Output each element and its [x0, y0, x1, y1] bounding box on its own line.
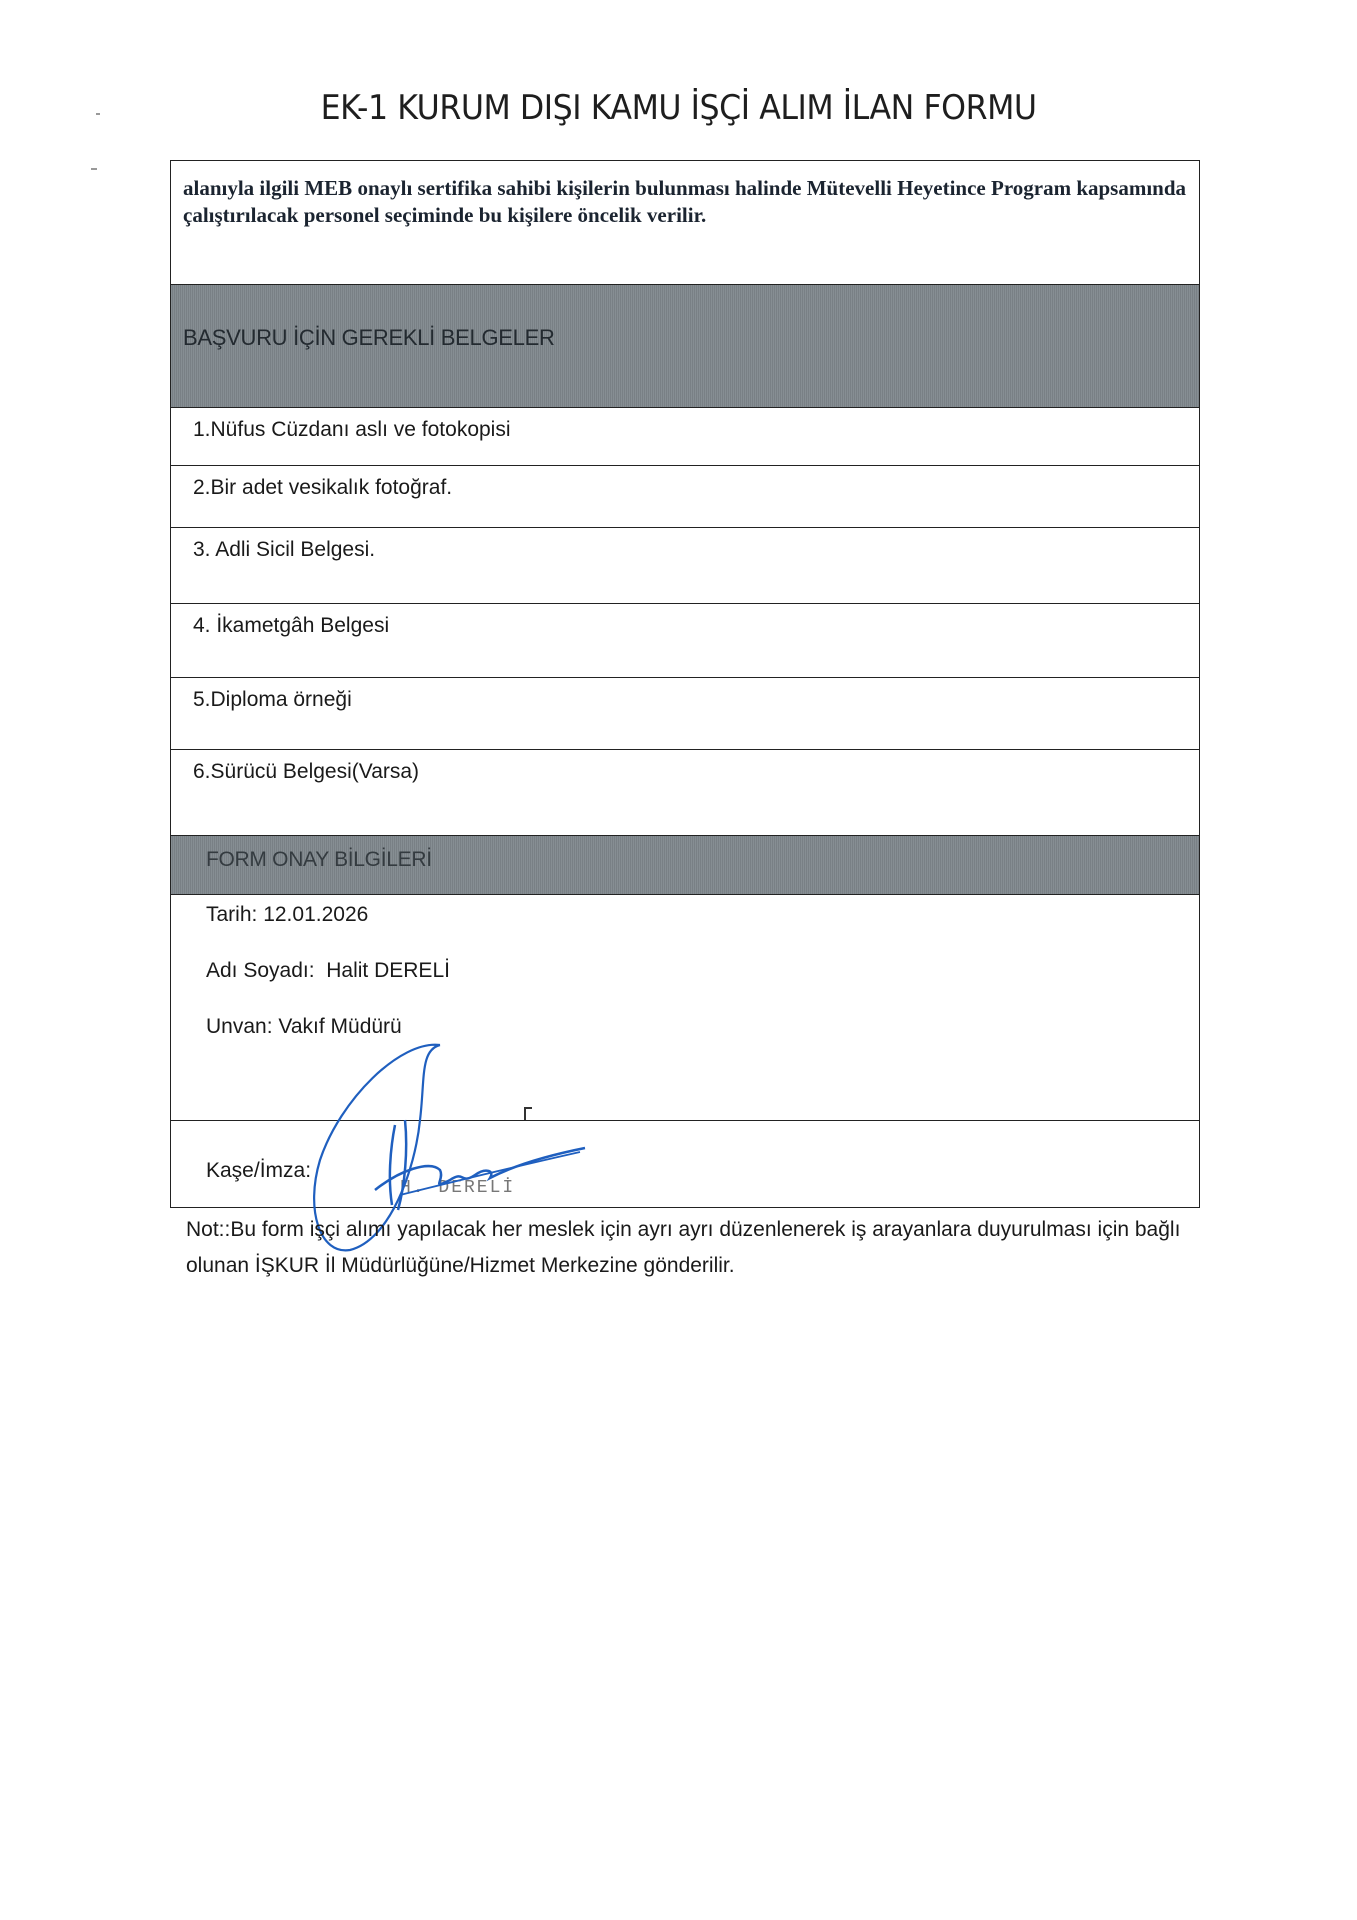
footer-note: Not::Bu form işçi alımı yapılacak her me… [186, 1212, 1186, 1284]
document-item: 4. İkametgâh Belgesi [170, 604, 1200, 678]
date-label: Tarih: [206, 903, 257, 926]
document-item: 3. Adli Sicil Belgesi. [170, 528, 1200, 604]
title-value: Vakıf Müdürü [278, 1015, 401, 1038]
stamp-text: H. DERELİ [400, 1178, 515, 1198]
date-value: 12.01.2026 [263, 903, 368, 926]
document-item: 5.Diploma örneği [170, 678, 1200, 750]
date-field: Tarih: 12.01.2026 [206, 903, 1199, 959]
scan-mark [91, 168, 97, 170]
documents-heading: BAŞVURU İÇİN GEREKLİ BELGELER [170, 284, 1200, 408]
document-item: 1.Nüfus Cüzdanı aslı ve fotokopisi [170, 408, 1200, 466]
title-field: Unvan: Vakıf Müdürü [206, 1015, 1199, 1071]
name-field: Adı Soyadı: Halit DERELİ [206, 959, 1199, 1015]
document-item: 2.Bir adet vesikalık fotoğraf. [170, 466, 1200, 528]
form-table: alanıyla ilgili MEB onaylı sertifika sah… [170, 160, 1200, 1208]
page-title: EK-1 KURUM DIŞI KAMU İŞÇİ ALIM İLAN FORM… [48, 88, 1310, 128]
title-label: Unvan: [206, 1015, 273, 1038]
intro-paragraph: alanıyla ilgili MEB onaylı sertifika sah… [170, 160, 1200, 284]
signature-row: Kaşe/İmza: [170, 1120, 1200, 1208]
name-value: Halit DERELİ [326, 959, 450, 982]
approval-fields: Tarih: 12.01.2026 Adı Soyadı: Halit DERE… [170, 895, 1200, 1120]
signature-label: Kaşe/İmza: [206, 1159, 311, 1182]
document-item: 6.Sürücü Belgesi(Varsa) [170, 750, 1200, 835]
approval-heading: FORM ONAY BİLGİLERİ [170, 835, 1200, 895]
name-label: Adı Soyadı: [206, 959, 315, 982]
